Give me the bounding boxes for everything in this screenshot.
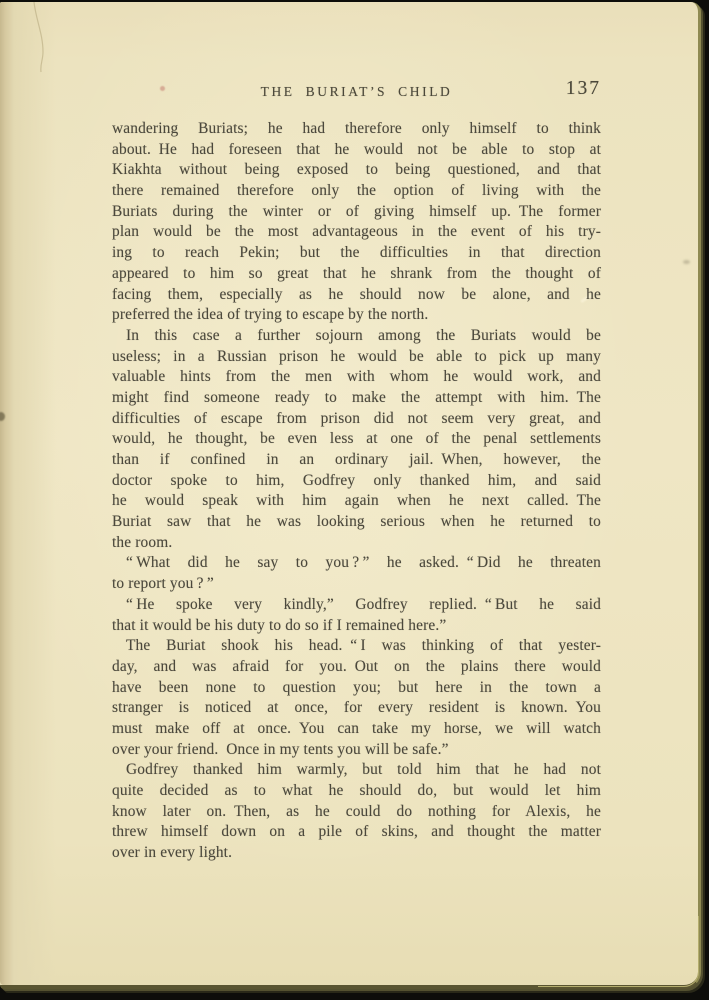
paper-stain	[683, 260, 690, 264]
text-line: than if confined in an ordinary jail. Wh…	[112, 450, 601, 471]
running-head: THE BURIAT’S CHILD 137	[112, 81, 601, 103]
text-line: have been none to question you; but here…	[112, 678, 601, 699]
paragraph: In this case a further sojourn among the…	[112, 326, 601, 554]
paragraph: “ What did he say to you ? ” he asked. “…	[112, 553, 601, 594]
text-line: wandering Buriats; he had therefore only…	[112, 119, 601, 140]
text-line: there remained therefore only the option…	[112, 181, 601, 202]
text-line: valuable hints from the men with whom he…	[112, 367, 601, 388]
paragraph: wandering Buriats; he had therefore only…	[112, 119, 601, 326]
text-line: preferred the idea of trying to escape b…	[112, 305, 601, 326]
text-line: the room.	[112, 533, 601, 554]
paragraph: Godfrey thanked him warmly, but told him…	[112, 760, 601, 863]
binding-gutter-shadow	[0, 2, 56, 985]
page-number: 137	[566, 78, 601, 100]
paragraph: The Buriat shook his head. “ I was think…	[112, 636, 601, 760]
text-line: know later on. Then, as he could do noth…	[112, 802, 601, 823]
text-line: The Buriat shook his head. “ I was think…	[112, 636, 601, 657]
text-line: about. He had foreseen that he would not…	[112, 140, 601, 161]
text-line: to report you ? ”	[112, 574, 601, 595]
text-line: difficulties of escape from prison did n…	[112, 409, 601, 430]
text-line: over in every light.	[112, 843, 601, 864]
text-line: appeared to him so great that he shrank …	[112, 264, 601, 285]
text-block: wandering Buriats; he had therefore only…	[112, 119, 601, 864]
text-line: ing to reach Pekin; but the difficulties…	[112, 243, 601, 264]
text-line: “ He spoke very kindly,” Godfrey replied…	[112, 595, 601, 616]
text-line: In this case a further sojourn among the…	[112, 326, 601, 347]
text-line: useless; in a Russian prison he would be…	[112, 347, 601, 368]
scanned-book-photo: { "page": { "header": { "title": "THE BU…	[0, 0, 709, 1000]
book-page: THE BURIAT’S CHILD 137 wandering Buriats…	[0, 2, 701, 989]
text-line: would, he thought, be even less at one o…	[112, 429, 601, 450]
text-line: plan would be the most advantageous in t…	[112, 222, 601, 243]
paragraph: “ He spoke very kindly,” Godfrey replied…	[112, 595, 601, 636]
text-line: threw himself down on a pile of skins, a…	[112, 822, 601, 843]
text-line: that it would be his duty to do so if I …	[112, 616, 601, 637]
text-line: facing them, especially as he should now…	[112, 285, 601, 306]
text-line: he would speak with him again when he ne…	[112, 491, 601, 512]
text-line: Buriat saw that he was looking serious w…	[112, 512, 601, 533]
text-line: over your friend. Once in my tents you w…	[112, 740, 601, 761]
text-line: doctor spoke to him, Godfrey only thanke…	[112, 471, 601, 492]
paper-crease	[0, 2, 90, 92]
text-line: Buriats during the winter or of giving h…	[112, 202, 601, 223]
chapter-title: THE BURIAT’S CHILD	[112, 84, 601, 100]
text-line: Godfrey thanked him warmly, but told him…	[112, 760, 601, 781]
text-line: day, and was afraid for you. Out on the …	[112, 657, 601, 678]
text-line: stranger is noticed at once, for every r…	[112, 698, 601, 719]
text-line: Kiakhta without being exposed to being q…	[112, 160, 601, 181]
text-line: must make off at once. You can take my h…	[112, 719, 601, 740]
text-line: might find someone ready to make the att…	[112, 388, 601, 409]
text-line: “ What did he say to you ? ” he asked. “…	[112, 553, 601, 574]
text-line: quite decided as to what he should do, b…	[112, 781, 601, 802]
